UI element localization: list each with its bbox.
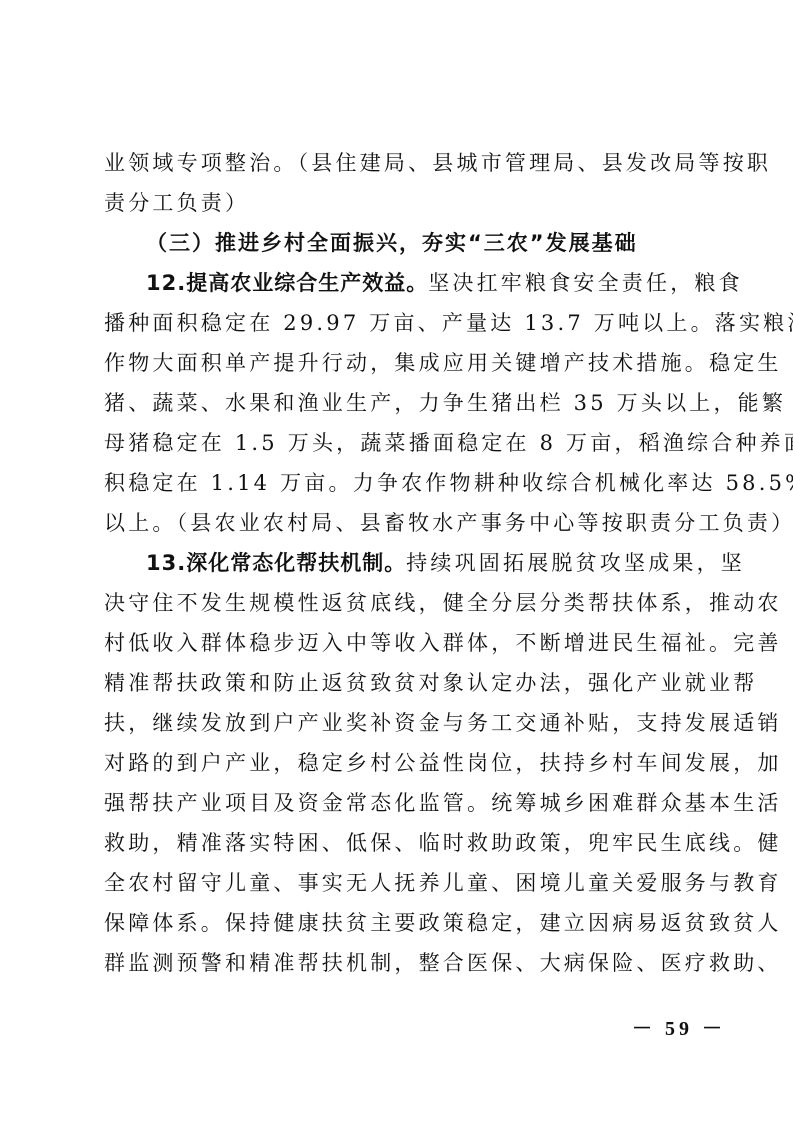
- item-13-first-line: 13.深化常态化帮扶机制。持续巩固拓展脱贫攻坚成果，坚: [104, 543, 690, 583]
- paragraph-line: 群监测预警和精准帮扶机制，整合医保、大病保险、医疗救助、: [104, 943, 690, 983]
- page-number: － 59 －: [632, 1012, 726, 1041]
- paragraph-line: 强帮扶产业项目及资金常态化监管。统筹城乡困难群众基本生活: [104, 783, 690, 823]
- paragraph-line: 扶，继续发放到户产业奖补资金与务工交通补贴，支持发展适销: [104, 703, 690, 743]
- item-12-text: 坚决扛牢粮食安全责任，粮食: [428, 271, 743, 295]
- paragraph-line: 播种面积稳定在 29.97 万亩、产量达 13.7 万吨以上。落实粮油: [104, 303, 690, 343]
- paragraph-line: 精准帮扶政策和防止返贫致贫对象认定办法，强化产业就业帮: [104, 663, 690, 703]
- paragraph-line: 母猪稳定在 1.5 万头，蔬菜播面稳定在 8 万亩，稻渔综合种养面: [104, 423, 690, 463]
- paragraph-line: 责分工负责）: [104, 183, 690, 223]
- paragraph-line: 全农村留守儿童、事实无人抚养儿童、困境儿童关爱服务与教育: [104, 863, 690, 903]
- paragraph-line: 作物大面积单产提升行动，集成应用关键增产技术措施。稳定生: [104, 343, 690, 383]
- paragraph-line: 积稳定在 1.14 万亩。力争农作物耕种收综合机械化率达 58.5%: [104, 463, 690, 503]
- paragraph-line: 决守住不发生规模性返贫底线，健全分层分类帮扶体系，推动农: [104, 583, 690, 623]
- section-heading: （三）推进乡村全面振兴，夯实“三农”发展基础: [104, 223, 690, 263]
- paragraph-line: 救助，精准落实特困、低保、临时救助政策，兜牢民生底线。健: [104, 823, 690, 863]
- item-13-text: 持续巩固拓展脱贫攻坚成果，坚: [406, 551, 745, 575]
- paragraph-line: 对路的到户产业，稳定乡村公益性岗位，扶持乡村车间发展，加: [104, 743, 690, 783]
- body-text: 业领域专项整治。（县住建局、县城市管理局、县发改局等按职 责分工负责） （三）推…: [104, 143, 690, 983]
- item-12-title: 12.提高农业综合生产效益。: [146, 271, 428, 295]
- paragraph-line: 以上。（县农业农村局、县畜牧水产事务中心等按职责分工负责）: [104, 503, 690, 543]
- paragraph-line: 猪、蔬菜、水果和渔业生产，力争生猪出栏 35 万头以上，能繁: [104, 383, 690, 423]
- item-13-title: 13.深化常态化帮扶机制。: [146, 551, 406, 575]
- paragraph-line: 业领域专项整治。（县住建局、县城市管理局、县发改局等按职: [104, 143, 690, 183]
- item-12-first-line: 12.提高农业综合生产效益。坚决扛牢粮食安全责任，粮食: [104, 263, 690, 303]
- paragraph-line: 村低收入群体稳步迈入中等收入群体，不断增进民生福祉。完善: [104, 623, 690, 663]
- paragraph-line: 保障体系。保持健康扶贫主要政策稳定，建立因病易返贫致贫人: [104, 903, 690, 943]
- document-page: 业领域专项整治。（县住建局、县城市管理局、县发改局等按职 责分工负责） （三）推…: [0, 0, 793, 1122]
